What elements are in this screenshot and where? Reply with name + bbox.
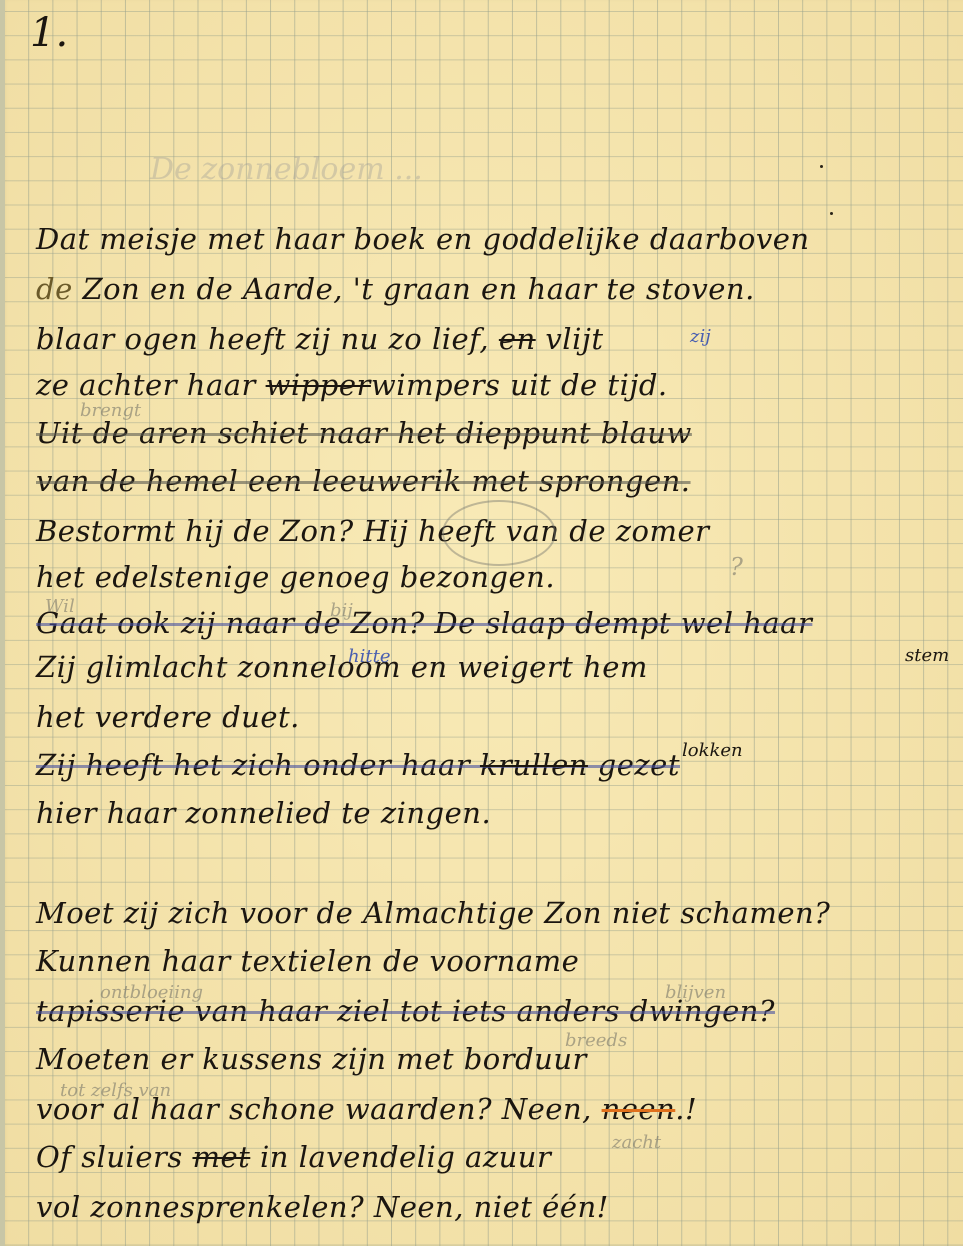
stanza2-line-6: Of sluiers met in lavendelig azuur bbox=[36, 1140, 551, 1174]
ink-speck bbox=[830, 212, 833, 215]
line-text-after: .! bbox=[675, 1092, 697, 1126]
annotation-lokken: lokken bbox=[682, 740, 743, 761]
annotation-blijven: blijven bbox=[665, 982, 726, 1003]
stanza1-line-12: Zij heeft het zich onder haar krullen ge… bbox=[36, 748, 680, 782]
line-text: vol zonnesprenkelen? Neen, niet één! bbox=[36, 1190, 609, 1224]
manuscript-page: 1. De zonnebloem ... Dat meisje met haar… bbox=[0, 0, 963, 1246]
struck-word: krullen bbox=[480, 748, 588, 782]
line-text: Moeten er kussens zijn met borduur bbox=[36, 1042, 587, 1076]
line-text-after: in lavendelig azuur bbox=[250, 1140, 551, 1174]
struck-word: van bbox=[36, 464, 90, 498]
line-text: Gaat ook zij naar de Zon? De slaap dempt… bbox=[36, 606, 812, 640]
stanza2-line-4: Moeten er kussens zijn met borduur bbox=[36, 1042, 587, 1076]
stanza1-line-10: Zij glimlacht zonneloom en weigert hem bbox=[36, 650, 648, 684]
annotation-question: ? bbox=[730, 553, 743, 581]
page-edge bbox=[0, 0, 5, 1246]
stanza1-line-5: Uit de aren schiet naar het dieppunt bla… bbox=[36, 416, 692, 450]
struck-word: wipper bbox=[266, 368, 371, 402]
stanza1-line-8: het edelstenige genoeg bezongen. bbox=[36, 560, 555, 594]
stanza2-line-1: Moet zij zich voor de Almachtige Zon nie… bbox=[36, 896, 830, 930]
line-text: de hemel een leeuwerik met sprongen. bbox=[90, 464, 691, 498]
annotation-stem: stem bbox=[905, 645, 949, 666]
annotation-zij: zij bbox=[690, 326, 711, 347]
line-text: Uit de aren schiet naar het dieppunt bla… bbox=[36, 416, 692, 450]
annotation-hitte: hitte bbox=[348, 646, 390, 667]
line-text: Zij heeft het zich onder haar bbox=[36, 748, 480, 782]
stanza2-line-7: vol zonnesprenkelen? Neen, niet één! bbox=[36, 1190, 609, 1224]
pencil-circle-mark bbox=[442, 500, 556, 566]
stanza1-line-11: het verdere duet. bbox=[36, 700, 300, 734]
stanza1-line-4: ze achter haar wipperwimpers uit de tijd… bbox=[36, 368, 668, 402]
struck-word: en bbox=[499, 322, 536, 356]
line-text: Zij glimlacht zonneloom en weigert hem bbox=[36, 650, 648, 684]
struck-word: neen bbox=[602, 1092, 676, 1126]
line-text: Moet zij zich voor de Almachtige Zon nie… bbox=[36, 896, 830, 930]
line-text: Zon en de Aarde, 't graan en haar te sto… bbox=[73, 272, 755, 306]
stanza2-line-2: Kunnen haar textielen de voorname bbox=[36, 944, 579, 978]
annotation-bij: bij bbox=[330, 600, 353, 621]
annotation-ontbloeiing: ontbloeiing bbox=[100, 982, 203, 1003]
stanza1-line-9: Gaat ook zij naar de Zon? De slaap dempt… bbox=[36, 606, 812, 640]
stanza1-line-2: de Zon en de Aarde, 't graan en haar te … bbox=[36, 272, 755, 306]
line-text: ze achter haar bbox=[36, 368, 266, 402]
line-text-after: vlijt bbox=[536, 322, 604, 356]
line-text: blaar ogen heeft zij nu zo lief, bbox=[36, 322, 489, 356]
stanza1-line-13: hier haar zonnelied te zingen. bbox=[36, 796, 491, 830]
annotation-tot-zelfs-van: tot zelfs van bbox=[60, 1080, 171, 1101]
line-text: hier haar zonnelied te zingen. bbox=[36, 796, 491, 830]
page-number: 1. bbox=[30, 10, 68, 56]
line-text: Of sluiers bbox=[36, 1140, 192, 1174]
struck-word: met bbox=[192, 1140, 250, 1174]
line-text-after: wimpers uit de tijd. bbox=[371, 368, 668, 402]
line-text: het edelstenige genoeg bezongen. bbox=[36, 560, 555, 594]
stanza1-line-6: van de hemel een leeuwerik met sprongen. bbox=[36, 464, 691, 498]
line-text: Kunnen haar textielen de voorname bbox=[36, 944, 579, 978]
annotation-brengt: brengt bbox=[80, 400, 141, 421]
faint-pencil-heading: De zonnebloem ... bbox=[150, 152, 423, 187]
annotation-wil: Wil bbox=[45, 596, 75, 617]
line-text: Bestormt hij de Zon? Hij heeft van de zo… bbox=[36, 514, 710, 548]
ink-speck bbox=[820, 165, 823, 168]
line-text: Dat meisje met haar boek en goddelijke d… bbox=[36, 222, 810, 256]
stanza1-line-7: Bestormt hij de Zon? Hij heeft van de zo… bbox=[36, 514, 710, 548]
line-prefix: de bbox=[36, 272, 73, 306]
annotation-breeds: breeds bbox=[565, 1030, 627, 1051]
line-text: het verdere duet. bbox=[36, 700, 300, 734]
stanza1-line-1: Dat meisje met haar boek en goddelijke d… bbox=[36, 222, 810, 256]
annotation-zacht: zacht bbox=[612, 1132, 661, 1153]
stanza1-line-3: blaar ogen heeft zij nu zo lief, en vlij… bbox=[36, 322, 603, 356]
line-text-after: gezet bbox=[588, 748, 680, 782]
